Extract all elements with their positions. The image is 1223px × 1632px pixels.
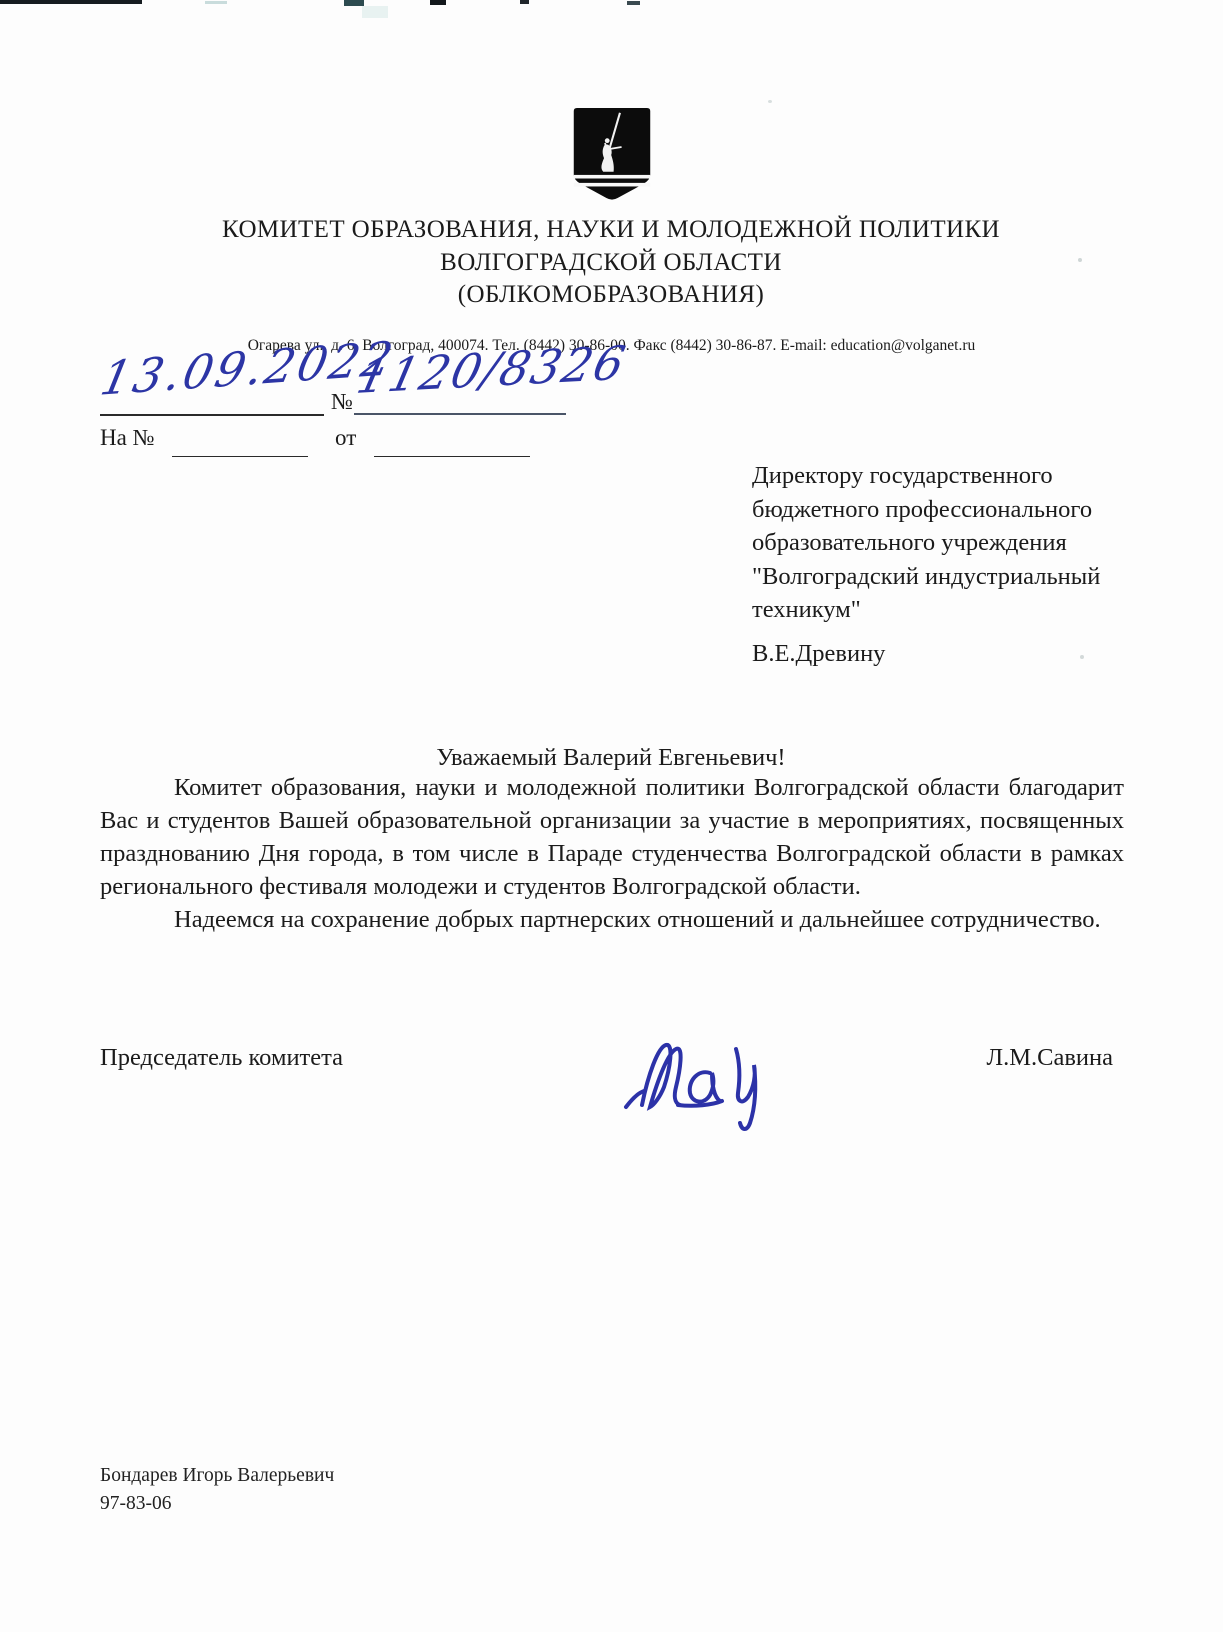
- reply-date-blank-line: [374, 456, 530, 457]
- signer-position-title: Председатель комитета: [100, 1044, 343, 1072]
- org-name-line3: (ОБЛКОМОБРАЗОВАНИЯ): [100, 281, 1122, 309]
- scan-artifact: [362, 6, 388, 18]
- date-underline: [100, 414, 324, 416]
- signer-name: Л.М.Савина: [986, 1044, 1113, 1072]
- org-name-line2: ВОЛГОГРАДСКОЙ ОБЛАСТИ: [100, 249, 1122, 277]
- scan-artifact: [520, 0, 529, 4]
- recipient-line: техникум": [752, 593, 1172, 627]
- handwritten-signature: [618, 995, 788, 1135]
- recipient-name: В.Е.Древину: [752, 640, 885, 668]
- letter-page: КОМИТЕТ ОБРАЗОВАНИЯ, НАУКИ И МОЛОДЕЖНОЙ …: [0, 0, 1223, 1632]
- letter-body: Комитет образования, науки и молодежной …: [100, 771, 1124, 936]
- salutation: Уважаемый Валерий Евгеньевич!: [100, 744, 1122, 772]
- recipient-line: бюджетного профессионального: [752, 493, 1172, 527]
- body-paragraph-2: Надеемся на сохранение добрых партнерски…: [100, 903, 1124, 936]
- scan-speck: [768, 100, 772, 103]
- scan-artifact: [627, 1, 640, 5]
- number-underline: [354, 413, 566, 415]
- reply-to-number-label: На №: [100, 425, 155, 451]
- reply-from-date-label: от: [335, 425, 356, 451]
- scan-artifact: [344, 0, 364, 6]
- recipient-line: Директору государственного: [752, 459, 1172, 493]
- motherland-calls-emblem-icon: [572, 108, 652, 202]
- scan-artifact: [205, 1, 227, 4]
- body-paragraph-1: Комитет образования, науки и молодежной …: [100, 771, 1124, 903]
- recipient-address-block: Директору государственного бюджетного пр…: [752, 459, 1172, 627]
- scan-artifact: [430, 0, 446, 5]
- reply-number-blank-line: [172, 456, 308, 457]
- scan-speck: [1080, 655, 1084, 659]
- org-name-line1: КОМИТЕТ ОБРАЗОВАНИЯ, НАУКИ И МОЛОДЕЖНОЙ …: [100, 216, 1122, 244]
- recipient-line: "Волгоградский индустриальный: [752, 560, 1172, 594]
- executor-name: Бондарев Игорь Валерьевич: [100, 1465, 334, 1487]
- recipient-line: образовательного учреждения: [752, 526, 1172, 560]
- scan-artifact: [0, 0, 142, 4]
- executor-phone: 97-83-06: [100, 1493, 172, 1515]
- numero-label: №: [331, 389, 353, 415]
